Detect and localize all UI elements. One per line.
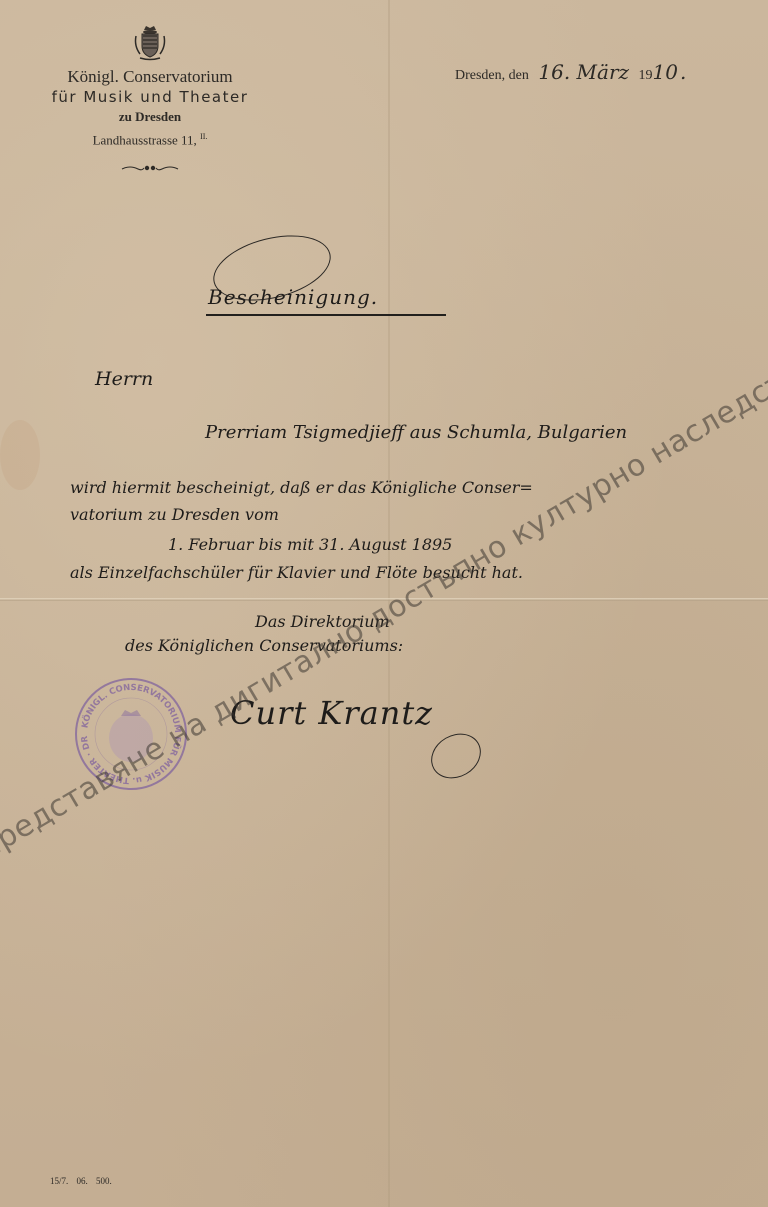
letterhead-subtitle: für Musik und Theater [20,87,280,107]
date-handwritten: 16. März [538,60,629,84]
date-year-handwritten: 10 [653,60,678,84]
letterhead: Königl. Conservatorium für Musik und The… [20,22,280,168]
date-printed-prefix: Dresden, den [455,68,529,83]
letterhead-city: zu Dresden [20,107,280,127]
royal-coat-of-arms-icon [130,22,170,62]
letterhead-address: Landhausstrasse 11, II. [20,127,280,150]
address-street: Landhausstrasse 11, [93,132,197,147]
date-year-printed: 19 [639,68,653,83]
document-title: Bescheinigung. [208,285,378,309]
body-line: wird hiermit bescheinigt, daß er das Kön… [70,478,533,497]
watermark: Представяне на дигитално достъпно култур… [0,371,768,868]
date-suffix: . [680,60,686,84]
paper-stain [0,420,40,490]
document-page: Königl. Conservatorium für Musik und The… [0,0,768,1207]
salutation: Herrn [95,368,153,390]
body-line: vatorium zu Dresden vom [70,505,279,524]
footer-print-code: 15/7. 06. 500. [50,1176,112,1186]
ornament-flourish-icon [120,158,180,168]
dateline: Dresden, den 16. März 1910. [455,60,686,84]
body-line-recipient: Prerriam Tsigmedjieff aus Schumla, Bulga… [205,422,627,443]
body-line-dates: 1. Februar bis mit 31. August 1895 [168,535,452,554]
title-underline [206,314,446,316]
letterhead-institution: Königl. Conservatorium [20,66,280,87]
signature-flourish [423,725,489,787]
address-floor: II. [200,132,207,141]
